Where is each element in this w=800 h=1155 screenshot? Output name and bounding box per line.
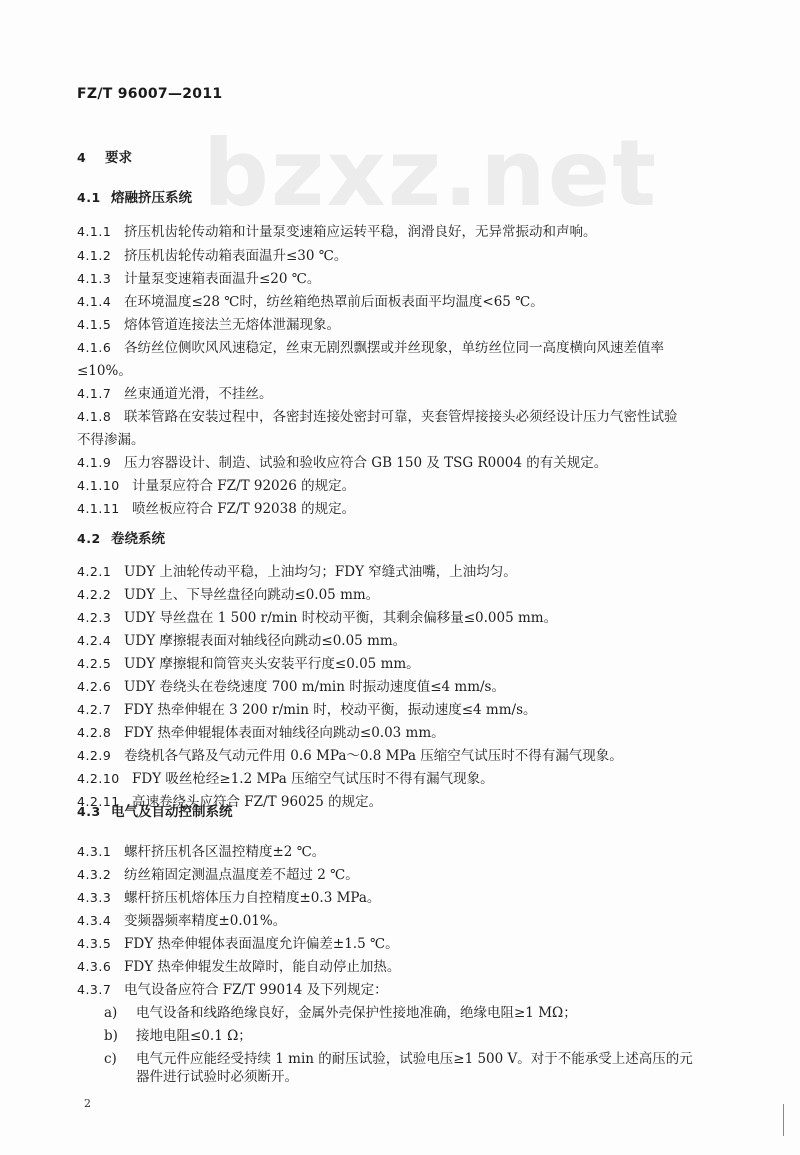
clause-number: 4.2.7 — [77, 701, 124, 719]
subsection-number: 4.2 — [77, 530, 111, 548]
clause-text: UDY 摩擦辊和筒管夹头安装平行度≤0.05 mm。 — [124, 656, 420, 672]
subsection-heading-4-3: 4.3电气及自动控制系统 — [77, 803, 233, 821]
clause-text: 各纺丝位侧吹风风速稳定，丝束无剧烈飘摆或并丝现象，单纺丝位同一高度横向风速差值率 — [124, 340, 664, 356]
section-number: 4 — [77, 149, 105, 167]
clause-4-2-2: 4.2.2UDY 上、下导丝盘径向跳动≤0.05 mm。 — [77, 586, 379, 604]
subsection-heading-4-2: 4.2卷绕系统 — [77, 530, 165, 548]
clause-text: 熔体管道连接法兰无熔体泄漏现象。 — [124, 317, 340, 333]
clause-number: 4.2.9 — [77, 747, 124, 765]
clause-4-3-5: 4.3.5FDY 热牵伸辊体表面温度允许偏差±1.5 ℃。 — [77, 935, 399, 953]
section-heading: 4要求 — [77, 149, 132, 167]
clause-number: 4.1.1 — [77, 223, 124, 241]
list-label: b) — [104, 1027, 136, 1045]
clause-4-1-4: 4.1.4在环境温度≤28 ℃时，纺丝箱绝热罩前后面板表面平均温度<65 ℃。 — [77, 293, 544, 311]
list-item-c: c)电气元件应能经受持续 1 min 的耐压试验，试验电压≥1 500 V。对于… — [104, 1050, 693, 1068]
clause-number: 4.1.7 — [77, 385, 124, 403]
clause-4-2-9: 4.2.9卷绕机各气路及气动元件用 0.6 MPa～0.8 MPa 压缩空气试压… — [77, 747, 623, 765]
clause-4-3-2: 4.3.2纺丝箱固定测温点温度差不超过 2 ℃。 — [77, 866, 359, 884]
clause-number: 4.2.2 — [77, 586, 124, 604]
list-item-a: a)电气设备和线路绝缘良好，金属外壳保护性接地准确，绝缘电阻≥1 MΩ； — [104, 1004, 577, 1022]
list-text: 电气设备和线路绝缘良好，金属外壳保护性接地准确，绝缘电阻≥1 MΩ； — [136, 1005, 577, 1021]
clause-number: 4.2.3 — [77, 609, 124, 627]
subsection-title: 电气及自动控制系统 — [111, 804, 233, 820]
list-label: c) — [104, 1050, 136, 1068]
document-page: FZ/T 96007—2011 bzxz.net 4要求 4.1熔融挤压系统 4… — [0, 0, 800, 1155]
scan-edge-mark — [783, 1104, 784, 1136]
clause-text: UDY 上、下导丝盘径向跳动≤0.05 mm。 — [124, 587, 379, 603]
clause-text: 纺丝箱固定测温点温度差不超过 2 ℃。 — [124, 867, 359, 883]
clause-4-3-4: 4.3.4变频器频率精度±0.01%。 — [77, 912, 286, 930]
clause-4-3-7: 4.3.7电气设备应符合 FZ/T 99014 及下列规定： — [77, 981, 388, 999]
clause-number: 4.1.8 — [77, 408, 124, 426]
section-title: 要求 — [105, 150, 132, 166]
clause-text: 计量泵应符合 FZ/T 92026 的规定。 — [132, 478, 355, 494]
clause-4-1-8: 4.1.8联苯管路在安装过程中，各密封连接处密封可靠，夹套管焊接接头必须经设计压… — [77, 408, 678, 426]
clause-4-2-1: 4.2.1UDY 上油轮传动平稳，上油均匀；FDY 窄缝式油嘴，上油均匀。 — [77, 563, 517, 581]
clause-text: FDY 热牵伸辊辊体表面对轴线径向跳动≤0.03 mm。 — [124, 725, 445, 741]
clause-text: 丝束通道光滑，不挂丝。 — [124, 386, 273, 402]
standard-code-header: FZ/T 96007—2011 — [77, 86, 222, 102]
clause-number: 4.1.3 — [77, 270, 124, 288]
clause-number: 4.2.8 — [77, 724, 124, 742]
clause-number: 4.2.5 — [77, 655, 124, 673]
watermark: bzxz.net — [203, 128, 658, 220]
page-number: 2 — [84, 1097, 91, 1110]
list-item-b: b)接地电阻≤0.1 Ω； — [104, 1027, 252, 1045]
subsection-title: 卷绕系统 — [111, 531, 165, 547]
subsection-number: 4.3 — [77, 803, 111, 821]
clause-number: 4.2.6 — [77, 678, 124, 696]
clause-number: 4.3.4 — [77, 912, 124, 930]
clause-text: UDY 上油轮传动平稳，上油均匀；FDY 窄缝式油嘴，上油均匀。 — [124, 564, 517, 580]
clause-4-1-1: 4.1.1挤压机齿轮传动箱和计量泵变速箱应运转平稳，润滑良好，无异常振动和声响。 — [77, 223, 597, 241]
clause-text: UDY 卷绕头在卷绕速度 700 m/min 时振动速度值≤4 mm/s。 — [124, 679, 505, 695]
clause-4-1-3: 4.1.3计量泵变速箱表面温升≤20 ℃。 — [77, 270, 320, 288]
clause-4-2-6: 4.2.6UDY 卷绕头在卷绕速度 700 m/min 时振动速度值≤4 mm/… — [77, 678, 505, 696]
clause-text: 联苯管路在安装过程中，各密封连接处密封可靠，夹套管焊接接头必须经设计压力气密性试… — [124, 409, 678, 425]
clause-4-2-3: 4.2.3UDY 导丝盘在 1 500 r/min 时校动平衡，其剩余偏移量≤0… — [77, 609, 557, 627]
clause-number: 4.1.11 — [77, 500, 132, 518]
clause-4-1-9: 4.1.9压力容器设计、制造、试验和验收应符合 GB 150 及 TSG R00… — [77, 454, 607, 472]
clause-text: FDY 热牵伸辊发生故障时，能自动停止加热。 — [124, 959, 400, 975]
clause-text: 挤压机齿轮传动箱表面温升≤30 ℃。 — [124, 248, 347, 264]
clause-text: FDY 热牵伸辊体表面温度允许偏差±1.5 ℃。 — [124, 936, 399, 952]
subsection-number: 4.1 — [77, 189, 111, 207]
clause-number: 4.1.6 — [77, 339, 124, 357]
clause-number: 4.1.5 — [77, 316, 124, 334]
clause-4-3-1: 4.3.1螺杆挤压机各区温控精度±2 ℃。 — [77, 843, 325, 861]
clause-number: 4.3.3 — [77, 889, 124, 907]
clause-4-2-8: 4.2.8FDY 热牵伸辊辊体表面对轴线径向跳动≤0.03 mm。 — [77, 724, 445, 742]
clause-4-1-6: 4.1.6各纺丝位侧吹风风速稳定，丝束无剧烈飘摆或并丝现象，单纺丝位同一高度横向… — [77, 339, 664, 357]
clause-number: 4.1.4 — [77, 293, 124, 311]
clause-text: 电气设备应符合 FZ/T 99014 及下列规定： — [124, 982, 388, 998]
clause-4-1-11: 4.1.11喷丝板应符合 FZ/T 92038 的规定。 — [77, 500, 355, 518]
clause-number: 4.2.1 — [77, 563, 124, 581]
clause-number: 4.3.1 — [77, 843, 124, 861]
clause-4-1-10: 4.1.10计量泵应符合 FZ/T 92026 的规定。 — [77, 477, 355, 495]
list-text: 电气元件应能经受持续 1 min 的耐压试验，试验电压≥1 500 V。对于不能… — [136, 1051, 693, 1067]
clause-4-1-6-continuation: ≤10%。 — [77, 362, 132, 380]
clause-number: 4.2.4 — [77, 632, 124, 650]
clause-text: FDY 热牵伸辊在 3 200 r/min 时，校动平衡，振动速度≤4 mm/s… — [124, 702, 537, 718]
clause-text: 螺杆挤压机各区温控精度±2 ℃。 — [124, 844, 325, 860]
clause-4-2-7: 4.2.7FDY 热牵伸辊在 3 200 r/min 时，校动平衡，振动速度≤4… — [77, 701, 537, 719]
clause-4-2-4: 4.2.4UDY 摩擦辊表面对轴线径向跳动≤0.05 mm。 — [77, 632, 406, 650]
list-label: a) — [104, 1004, 136, 1022]
clause-number: 4.1.10 — [77, 477, 132, 495]
clause-number: 4.3.2 — [77, 866, 124, 884]
list-text: 接地电阻≤0.1 Ω； — [136, 1028, 252, 1044]
clause-4-2-10: 4.2.10FDY 吸丝枪经≥1.2 MPa 压缩空气试压时不得有漏气现象。 — [77, 770, 494, 788]
clause-text: UDY 导丝盘在 1 500 r/min 时校动平衡，其剩余偏移量≤0.005 … — [124, 610, 557, 626]
clause-4-1-5: 4.1.5熔体管道连接法兰无熔体泄漏现象。 — [77, 316, 340, 334]
clause-number: 4.1.2 — [77, 247, 124, 265]
clause-text: 在环境温度≤28 ℃时，纺丝箱绝热罩前后面板表面平均温度<65 ℃。 — [124, 294, 544, 310]
clause-text: 计量泵变速箱表面温升≤20 ℃。 — [124, 271, 320, 287]
clause-4-3-6: 4.3.6FDY 热牵伸辊发生故障时，能自动停止加热。 — [77, 958, 400, 976]
clause-text: 变频器频率精度±0.01%。 — [124, 913, 286, 929]
clause-number: 4.1.9 — [77, 454, 124, 472]
subsection-heading-4-1: 4.1熔融挤压系统 — [77, 189, 192, 207]
clause-4-1-7: 4.1.7丝束通道光滑，不挂丝。 — [77, 385, 273, 403]
clause-text: 压力容器设计、制造、试验和验收应符合 GB 150 及 TSG R0004 的有… — [124, 455, 607, 471]
clause-text: 挤压机齿轮传动箱和计量泵变速箱应运转平稳，润滑良好，无异常振动和声响。 — [124, 224, 597, 240]
subsection-title: 熔融挤压系统 — [111, 190, 192, 206]
clause-number: 4.3.7 — [77, 981, 124, 999]
clause-text: UDY 摩擦辊表面对轴线径向跳动≤0.05 mm。 — [124, 633, 406, 649]
clause-4-2-5: 4.2.5UDY 摩擦辊和筒管夹头安装平行度≤0.05 mm。 — [77, 655, 420, 673]
clause-number: 4.3.6 — [77, 958, 124, 976]
clause-4-1-2: 4.1.2挤压机齿轮传动箱表面温升≤30 ℃。 — [77, 247, 347, 265]
clause-number: 4.2.10 — [77, 770, 132, 788]
clause-text: 卷绕机各气路及气动元件用 0.6 MPa～0.8 MPa 压缩空气试压时不得有漏… — [124, 748, 623, 764]
clause-4-1-8-continuation: 不得渗漏。 — [77, 431, 145, 449]
clause-text: 螺杆挤压机熔体压力自控精度±0.3 MPa。 — [124, 890, 380, 906]
clause-text: FDY 吸丝枪经≥1.2 MPa 压缩空气试压时不得有漏气现象。 — [132, 771, 494, 787]
list-item-c-continuation: 器件进行试验时必须断开。 — [136, 1068, 298, 1086]
clause-text: 喷丝板应符合 FZ/T 92038 的规定。 — [132, 501, 355, 517]
clause-4-3-3: 4.3.3螺杆挤压机熔体压力自控精度±0.3 MPa。 — [77, 889, 380, 907]
clause-number: 4.3.5 — [77, 935, 124, 953]
